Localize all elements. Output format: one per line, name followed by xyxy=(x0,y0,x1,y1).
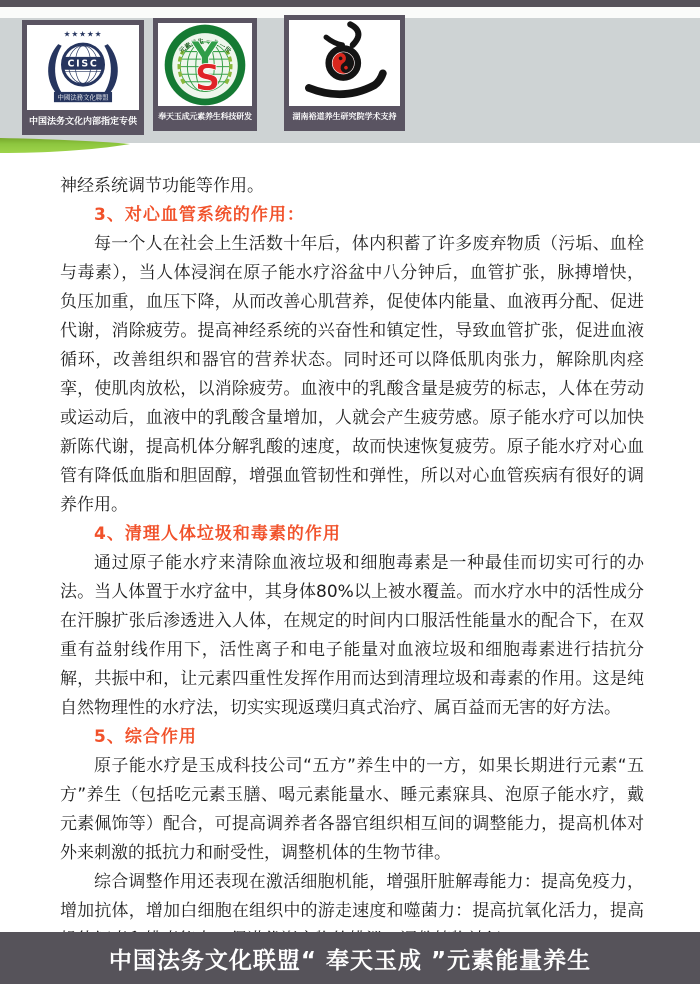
footer-bar: 中国法务文化联盟“ 奉天玉成 ”元素能量养生 xyxy=(0,932,700,984)
footer-text: 中国法务文化联盟“ 奉天玉成 ”元素能量养生 xyxy=(109,942,591,975)
taiji-ink-icon xyxy=(289,20,400,106)
document-body: 神经系统调节功能等作用。 3、对心血管系统的作用： 每一个人在社会上生活数十年后… xyxy=(0,143,700,955)
section-4-heading: 4、清理人体垃圾和毒素的作用 xyxy=(60,520,644,549)
section-3-heading: 3、对心血管系统的作用： xyxy=(60,201,644,230)
cisc-emblem-svg: ★★★★★ CISC 中國法務文化聯盟 xyxy=(36,25,130,110)
ink-stroke-top-right xyxy=(350,24,358,45)
logo-box-yudao: 湖南裕道养生研究院学术支持 xyxy=(284,15,405,131)
top-accent-bar xyxy=(0,0,700,7)
section-3-paragraph: 每一个人在社会上生活数十年后，体内积蓄了许多废弃物质（污垢、血栓与毒素），当人体… xyxy=(60,230,644,520)
logo-caption-cisc: 中国法务文化内部指定专供 xyxy=(27,110,139,130)
section-5-heading: 5、综合作用 xyxy=(60,723,644,752)
logo-caption-yudao: 湖南裕道养生研究院学术支持 xyxy=(289,106,400,126)
ys-globe-svg: 元素养生 一生一世 Y S xyxy=(163,23,247,106)
ys-letter-s: S xyxy=(195,58,220,99)
logo-box-yucheng: 元素养生 一生一世 Y S 奉天玉成元素养生科技研发 xyxy=(153,18,257,131)
ys-globe-icon: 元素养生 一生一世 Y S xyxy=(158,23,252,106)
taiji-ink-svg xyxy=(301,20,389,106)
cisc-emblem-icon: ★★★★★ CISC 中國法務文化聯盟 xyxy=(27,25,139,110)
logo-box-cisc: ★★★★★ CISC 中國法務文化聯盟 中国法务文化内部指定专供 xyxy=(22,20,144,135)
cisc-banner-text: 中國法務文化聯盟 xyxy=(57,92,109,101)
cisc-letters: CISC xyxy=(68,58,99,69)
header-banner: ★★★★★ CISC 中國法務文化聯盟 中国法务文化内部指定专供 xyxy=(0,0,700,143)
cisc-stars-row: ★★★★★ xyxy=(64,29,103,38)
section-5-paragraph-1: 原子能水疗是玉成科技公司“五方”养生中的一方，如果长期进行元素“五方”养生（包括… xyxy=(60,752,644,868)
logo-caption-yucheng: 奉天玉成元素养生科技研发 xyxy=(158,106,252,126)
intro-paragraph: 神经系统调节功能等作用。 xyxy=(60,172,644,201)
ink-stroke-top-left xyxy=(326,37,342,45)
section-4-paragraph: 通过原子能水疗来清除血液垃圾和细胞毒素是一种最佳而切实可行的办法。当人体置于水疗… xyxy=(60,549,644,723)
